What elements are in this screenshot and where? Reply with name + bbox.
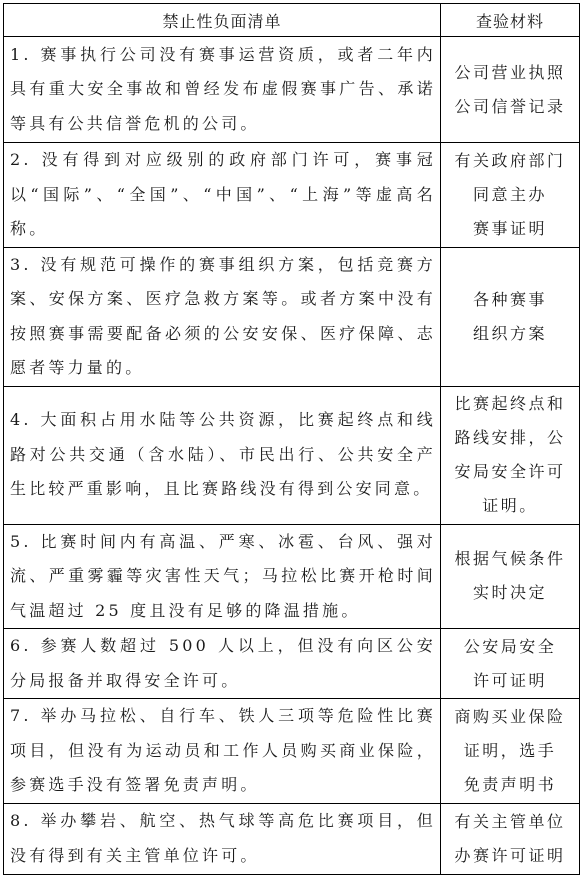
material-line: 同意主办: [443, 178, 577, 212]
inspection-material: 商购买业保险证明，选手免责声明书: [441, 699, 580, 804]
table-header-row: 禁止性负面清单 查验材料: [4, 4, 580, 37]
material-line: 路线安排，公: [443, 421, 577, 455]
prohibited-item: 2. 没有得到对应级别的政府部门许可，赛事冠以“国际”、“全国”、“中国”、“上…: [4, 143, 441, 248]
inspection-material: 公安局安全许可证明: [441, 629, 580, 699]
material-line: 有关政府部门: [443, 144, 577, 178]
material-line: 有关主管单位: [443, 805, 577, 839]
material-line: 组织方案: [443, 317, 577, 351]
inspection-material: 公司营业执照公司信誉记录: [441, 37, 580, 143]
material-line: 证明。: [443, 489, 577, 523]
prohibited-item: 1. 赛事执行公司没有赛事运营资质，或者二年内具有重大安全事故和曾经发布虚假赛事…: [4, 37, 441, 143]
table-row: 1. 赛事执行公司没有赛事运营资质，或者二年内具有重大安全事故和曾经发布虚假赛事…: [4, 37, 580, 143]
material-line: 商购买业保险: [443, 700, 577, 734]
prohibited-item: 4. 大面积占用水陆等公共资源，比赛起终点和线路对公共交通（含水陆）、市民出行、…: [4, 386, 441, 524]
material-line: 免责声明书: [443, 768, 577, 802]
header-prohibited-list: 禁止性负面清单: [4, 4, 441, 37]
material-line: 比赛起终点和: [443, 387, 577, 421]
material-line: 证明，选手: [443, 734, 577, 768]
prohibited-item: 7. 举办马拉松、自行车、铁人三项等危险性比赛项目，但没有为运动员和工作人员购买…: [4, 699, 441, 804]
material-line: 赛事证明: [443, 212, 577, 246]
table-row: 6. 参赛人数超过 500 人以上，但没有向区公安分局报备并取得安全许可。公安局…: [4, 629, 580, 699]
material-line: 安局安全许可: [443, 455, 577, 489]
material-line: 办赛许可证明: [443, 839, 577, 873]
material-line: 公司营业执照: [443, 56, 577, 90]
prohibited-item: 3. 没有规范可操作的赛事组织方案，包括竞赛方案、安保方案、医疗急救方案等。或者…: [4, 247, 441, 386]
inspection-material: 各种赛事组织方案: [441, 247, 580, 386]
inspection-material: 有关政府部门同意主办赛事证明: [441, 143, 580, 248]
table-row: 7. 举办马拉松、自行车、铁人三项等危险性比赛项目，但没有为运动员和工作人员购买…: [4, 699, 580, 804]
table-row: 8. 举办攀岩、航空、热气球等高危比赛项目，但没有得到有关主管单位许可。有关主管…: [4, 803, 580, 874]
prohibited-item: 8. 举办攀岩、航空、热气球等高危比赛项目，但没有得到有关主管单位许可。: [4, 803, 441, 874]
inspection-material: 根据气候条件实时决定: [441, 524, 580, 629]
negative-list-table: 禁止性负面清单 查验材料 1. 赛事执行公司没有赛事运营资质，或者二年内具有重大…: [3, 3, 580, 875]
inspection-material: 比赛起终点和路线安排，公安局安全许可证明。: [441, 386, 580, 524]
table-body: 1. 赛事执行公司没有赛事运营资质，或者二年内具有重大安全事故和曾经发布虚假赛事…: [4, 37, 580, 875]
material-line: 公安局安全: [443, 630, 577, 664]
material-line: 许可证明: [443, 664, 577, 698]
material-line: 根据气候条件: [443, 542, 577, 576]
table-row: 4. 大面积占用水陆等公共资源，比赛起终点和线路对公共交通（含水陆）、市民出行、…: [4, 386, 580, 524]
table-row: 2. 没有得到对应级别的政府部门许可，赛事冠以“国际”、“全国”、“中国”、“上…: [4, 143, 580, 248]
header-inspection-materials: 查验材料: [441, 4, 580, 37]
table-row: 5. 比赛时间内有高温、严寒、冰雹、台风、强对流、严重雾霾等灾害性天气；马拉松比…: [4, 524, 580, 629]
prohibited-item: 6. 参赛人数超过 500 人以上，但没有向区公安分局报备并取得安全许可。: [4, 629, 441, 699]
table-row: 3. 没有规范可操作的赛事组织方案，包括竞赛方案、安保方案、医疗急救方案等。或者…: [4, 247, 580, 386]
inspection-material: 有关主管单位办赛许可证明: [441, 803, 580, 874]
material-line: 公司信誉记录: [443, 90, 577, 124]
material-line: 实时决定: [443, 576, 577, 610]
material-line: 各种赛事: [443, 283, 577, 317]
prohibited-item: 5. 比赛时间内有高温、严寒、冰雹、台风、强对流、严重雾霾等灾害性天气；马拉松比…: [4, 524, 441, 629]
